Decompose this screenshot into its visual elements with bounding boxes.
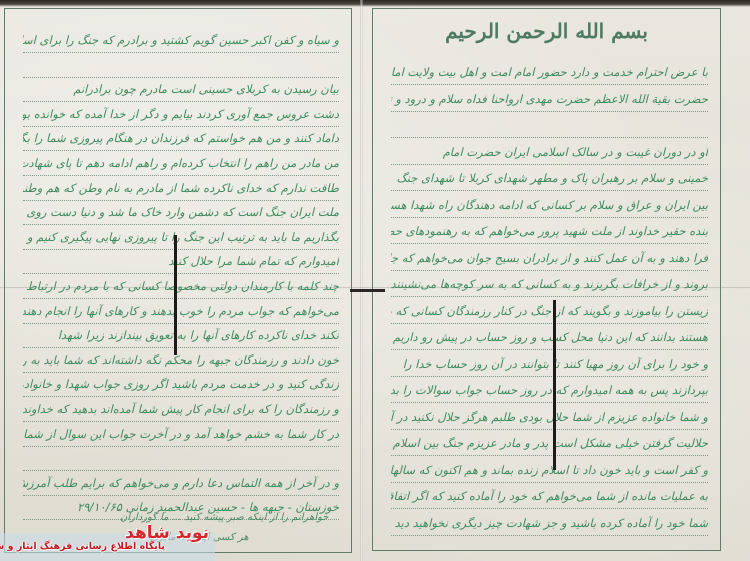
- handwritten-line: زیستن را بیاموزند و بگویند که از جنگ در …: [391, 300, 708, 324]
- bismillah-heading: بسم الله الرحمن الرحیم: [373, 19, 720, 43]
- handwritten-line: امیدوارم که تمام شما مرا حلال کنید: [23, 250, 339, 274]
- handwritten-line: او در دوران غیبت و در سالک اسلامی ایران …: [391, 141, 708, 165]
- handwritten-line: [23, 54, 339, 78]
- paper-tear: [553, 300, 556, 470]
- handwritten-line: بپردازند پس به همه امیدوارم که در روز حس…: [391, 379, 708, 403]
- handwritten-line: بیان رسیدن به کربلای حسینی است مادرم چون…: [23, 78, 339, 102]
- footer-note: خواهرانم را از اینکه صبر پیشه کنید ... م…: [120, 512, 328, 523]
- handwritten-line: نکند خدای ناکرده کارهای آنها را به تعویق…: [23, 324, 339, 348]
- right-page: بسم الله الرحمن الرحیم با عرض احترام خدم…: [372, 8, 721, 551]
- center-fold: [360, 0, 363, 561]
- handwritten-line: [391, 114, 708, 138]
- handwritten-line: و خود را برای آن روز مهیا کنند تا بتوانن…: [391, 353, 708, 377]
- paper-tear: [350, 289, 385, 292]
- handwritten-line: در کار شما به خشم خواهد آمد و در آخرت جو…: [23, 423, 339, 447]
- handwritten-line: و شما خانواده عزیزم از شما حلال بودی طلب…: [391, 406, 708, 430]
- scanned-document: و سیاه و کفن اکبر حسین گویم کشتید و براد…: [0, 0, 750, 561]
- left-page: و سیاه و کفن اکبر حسین گویم کشتید و براد…: [4, 8, 352, 553]
- handwritten-line: حضرت بقیة الله الاعظم حضرت مهدی ارواحنا …: [391, 88, 708, 112]
- handwritten-line: فرا دهند و به آن عمل کنند و از برادران ب…: [391, 247, 708, 271]
- handwritten-line: و سیاه و کفن اکبر حسین گویم کشتید و براد…: [23, 29, 339, 53]
- handwritten-line: طاقت ندارم که خدای ناکرده شما از مادرم ب…: [23, 177, 339, 201]
- handwritten-line: ملت ایران جنگ است که دشمن وارد خاک ما شد…: [23, 201, 339, 225]
- handwritten-line: و رزمندگان را که برای انجام کار پیش شما …: [23, 398, 339, 422]
- handwritten-line: و در آخر از همه التماس دعا دارم و می‌خوا…: [23, 472, 339, 496]
- handwritten-line: بگذاریم ما باید به ترتیب این جنگ را تا پ…: [23, 226, 339, 250]
- handwritten-line: هستند بدانند که این دنیا محل کسب و روز ح…: [391, 326, 708, 350]
- watermark: نوید شاهد پایگاه اطلاع رسانی فرهنگ ایثار…: [0, 523, 215, 561]
- handwritten-line: من مادر من راهم را انتخاب کرده‌ام و راهم…: [23, 152, 339, 176]
- watermark-tagline-text: پایگاه اطلاع رسانی فرهنگ ایثار و شهادت: [0, 541, 165, 552]
- handwritten-line: با عرض احترام خدمت و دارد حضور امام امت …: [391, 61, 708, 85]
- handwritten-line: به عملیات مانده از شما می‌خواهم که خود ر…: [391, 485, 708, 509]
- handwritten-line: و کفر است و باید خون داد تا اسلام زنده ب…: [391, 459, 708, 483]
- handwritten-line: داماد کنند و من هم خواستم که فرزندان در …: [23, 127, 339, 151]
- handwritten-line: خون دادند و رزمندگان جبهه را محکم نگه دا…: [23, 349, 339, 373]
- handwritten-line: [23, 447, 339, 471]
- handwritten-line: بین ایران و عراق و سلام بر کسانی که ادام…: [391, 194, 708, 218]
- handwritten-line: می‌خواهم که جواب مردم را خوب بدهند و کار…: [23, 300, 339, 324]
- handwritten-line: دشت عروس جمع آوری کردند بیایم و دگر از خ…: [23, 103, 339, 127]
- watermark-tagline: پایگاه اطلاع رسانی فرهنگ ایثار و شهادت ه…: [0, 539, 165, 552]
- handwritten-line: حلالیت گرفتن خیلی مشکل است پدر و مادر عز…: [391, 432, 708, 456]
- handwritten-line: زندگی کنید و در خدمت مردم باشید اگر روزی…: [23, 373, 339, 397]
- scan-edge-shadow: [0, 0, 750, 7]
- handwritten-line: چند کلمه با کارمندان دولتی مخصوصا کسانی …: [23, 275, 339, 299]
- handwritten-line: خمینی و سلام بر رهبران پاک و مطهر شهدای …: [391, 167, 708, 191]
- handwritten-line: بروند و از خرافات بگریزند و به کسانی که …: [391, 273, 708, 297]
- paper-tear: [174, 235, 177, 355]
- handwritten-line: شما خود را آماده کرده باشید و جز شهادت چ…: [391, 512, 708, 536]
- handwritten-line: بنده حقیر خداوند از ملت شهید پرور می‌خوا…: [391, 220, 708, 244]
